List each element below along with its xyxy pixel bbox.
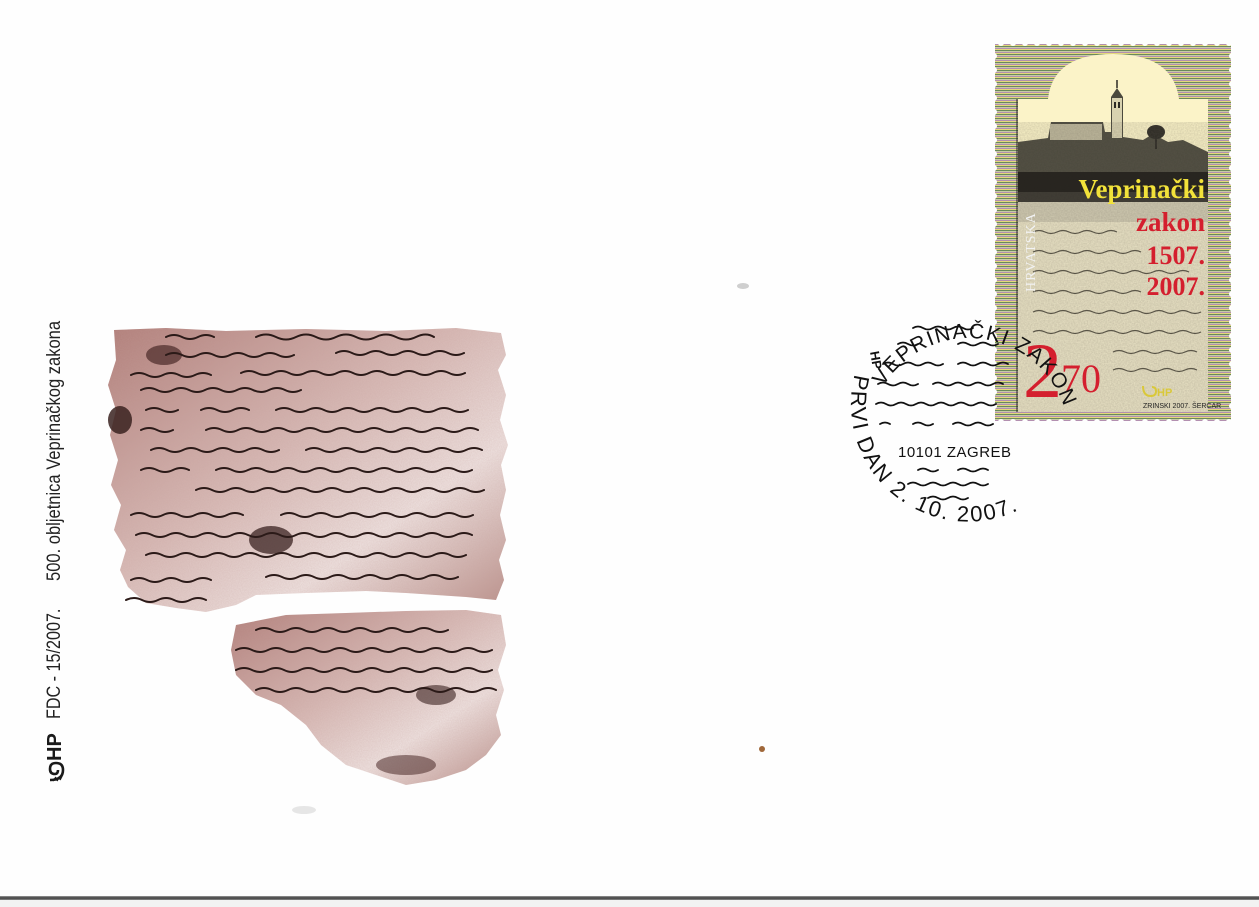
cover-caption: HP FDC - 15/2007. 500. obljetnica Veprin… [42, 282, 68, 783]
first-day-postmark: VEPRINAČKI ZAKON PRVI DAN 2. 10. 2007. H… [838, 292, 1098, 552]
stamp-year-to: 2007. [1147, 272, 1206, 301]
hp-logo-text: HP [44, 733, 67, 761]
postmark-city: 10101 ZAGREB [898, 444, 1012, 461]
hp-swirl-icon [44, 761, 66, 783]
stamp-title-line2: zakon [1136, 207, 1205, 237]
stamp-country: HRVATSKA [1024, 212, 1039, 292]
hp-logo: HP [44, 733, 67, 783]
stamp-year-from: 1507. [1147, 241, 1206, 270]
stamp-title-line1: Veprinački [1078, 174, 1205, 204]
dust-speck [737, 283, 749, 289]
svg-text:HP: HP [1157, 387, 1172, 399]
dust-speck [292, 806, 316, 814]
fdc-code: FDC - 15/2007. [44, 609, 66, 719]
stamp-credit: ZRINSKI 2007. ŠERCAR [1143, 401, 1221, 410]
dust-speck [759, 746, 765, 752]
fdc-title: 500. obljetnica Veprinačkog zakona [44, 321, 66, 581]
fdc-envelope: HP FDC - 15/2007. 500. obljetnica Veprin… [0, 0, 1259, 907]
scan-background [0, 900, 1259, 907]
manuscript-illustration [106, 325, 516, 790]
postmark-hp-logo: HP [867, 350, 885, 371]
